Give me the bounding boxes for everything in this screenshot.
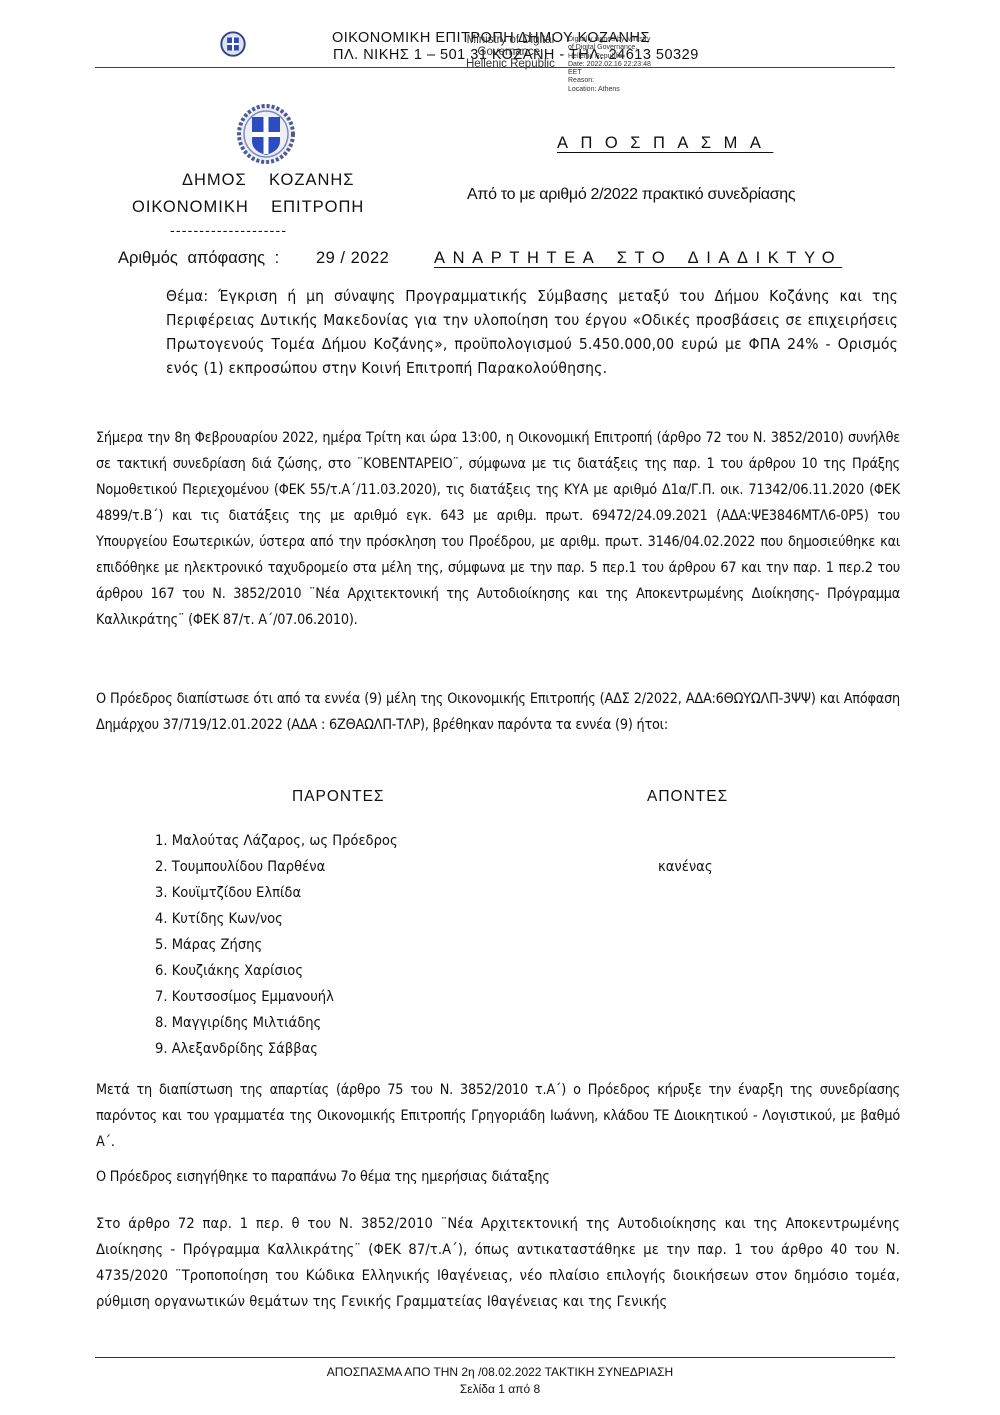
list-item: 9. Αλεξανδρίδης Σάββας [155, 1036, 398, 1062]
signature-detail-line: EET [568, 69, 651, 77]
subject-paragraph: Θέμα: Έγκριση ή μη σύναψης Προγραμματική… [166, 284, 898, 380]
publish-notice: ΑΝΑΡΤΗΤΕΑ ΣΤΟ ΔΙΑΔΙΚΤΥΟ [434, 249, 842, 268]
quorum-paragraph: Ο Πρόεδρος διαπίστωσε ότι από τα εννέα (… [96, 686, 900, 738]
meeting-paragraph: Σήμερα την 8η Φεβρουαρίου 2022, ημέρα Τρ… [96, 425, 900, 633]
municipality-name: ΔΗΜΟΣ ΚΟΖΑΝΗΣ [182, 171, 355, 190]
footer-session-info: ΑΠΟΣΠΑΣΜΑ ΑΠΟ ΤΗΝ 2η /08.02.2022 ΤΑΚΤΙΚΗ… [0, 1364, 1000, 1381]
opening-paragraph: Μετά τη διαπίστωση της απαρτίας (άρθρο 7… [96, 1077, 900, 1155]
committee-name: ΟΙΚΟΝΟΜΙΚΗ ΕΠΙΤΡΟΠΗ [132, 198, 364, 217]
signature-detail-line: Location: Athens [568, 86, 651, 94]
absent-member: κανένας [658, 854, 713, 880]
list-item: 5. Μάρας Ζήσης [155, 932, 398, 958]
list-item: 8. Μαγγιρίδης Μιλτιάδης [155, 1010, 398, 1036]
list-item: 6. Κουζιάκης Χαρίσιος [155, 958, 398, 984]
list-item: 1. Μαλούτας Λάζαρος, ως Πρόεδρος [155, 828, 398, 854]
legal-basis-paragraph: Στο άρθρο 72 παρ. 1 περ. θ του Ν. 3852/2… [96, 1211, 900, 1315]
present-members-list: 1. Μαλούτας Λάζαρος, ως Πρόεδρος 2. Τουμ… [155, 828, 398, 1062]
list-item: 2. Τουμπουλίδου Παρθένα [155, 854, 398, 880]
document-subtitle: Από το με αριθμό 2/2022 πρακτικό συνεδρί… [467, 186, 795, 204]
header-emblem-icon [220, 31, 246, 57]
signature-signer-line: Governance, [466, 46, 555, 58]
list-item: 7. Κουτσοσίμος Εμμανουήλ [155, 984, 398, 1010]
list-item: 3. Κουϊμτζίδου Ελπίδα [155, 880, 398, 906]
absent-header: ΑΠΟΝΤΕΣ [647, 788, 728, 806]
issuer-dashes: -------------------- [170, 222, 287, 238]
signature-detail-line: Date: 2022.02.16 22:23:48 [568, 61, 651, 69]
signature-signer: Ministry of Digital Governance, Hellenic… [466, 34, 555, 70]
footer-divider [95, 1357, 895, 1358]
footer-page-number: Σελίδα 1 από 8 [0, 1381, 1000, 1398]
signature-detail-line: Reason: [568, 77, 651, 85]
present-header: ΠΑΡΟΝΤΕΣ [292, 788, 385, 806]
agenda-paragraph: Ο Πρόεδρος εισηγήθηκε το παραπάνω 7ο θέμ… [96, 1164, 900, 1190]
decision-label: Αριθμός απόφασης : [118, 249, 279, 268]
decision-number: 29 / 2022 [316, 249, 389, 268]
list-item: 4. Κυτίδης Κων/νος [155, 906, 398, 932]
document-title: ΑΠΟΣΠΑΣΜΑ [557, 134, 773, 153]
coat-of-arms-icon [236, 103, 296, 165]
signature-signer-line: Ministry of Digital [466, 34, 555, 46]
signature-detail-line: Hellenic Republic [568, 53, 651, 61]
signature-detail-line: of Digital Governance, [568, 44, 651, 52]
signature-signer-line: Hellenic Republic [466, 58, 555, 70]
signature-details: Digitally signed by Ministry of Digital … [568, 36, 651, 94]
signature-detail-line: Digitally signed by Ministry [568, 36, 651, 44]
